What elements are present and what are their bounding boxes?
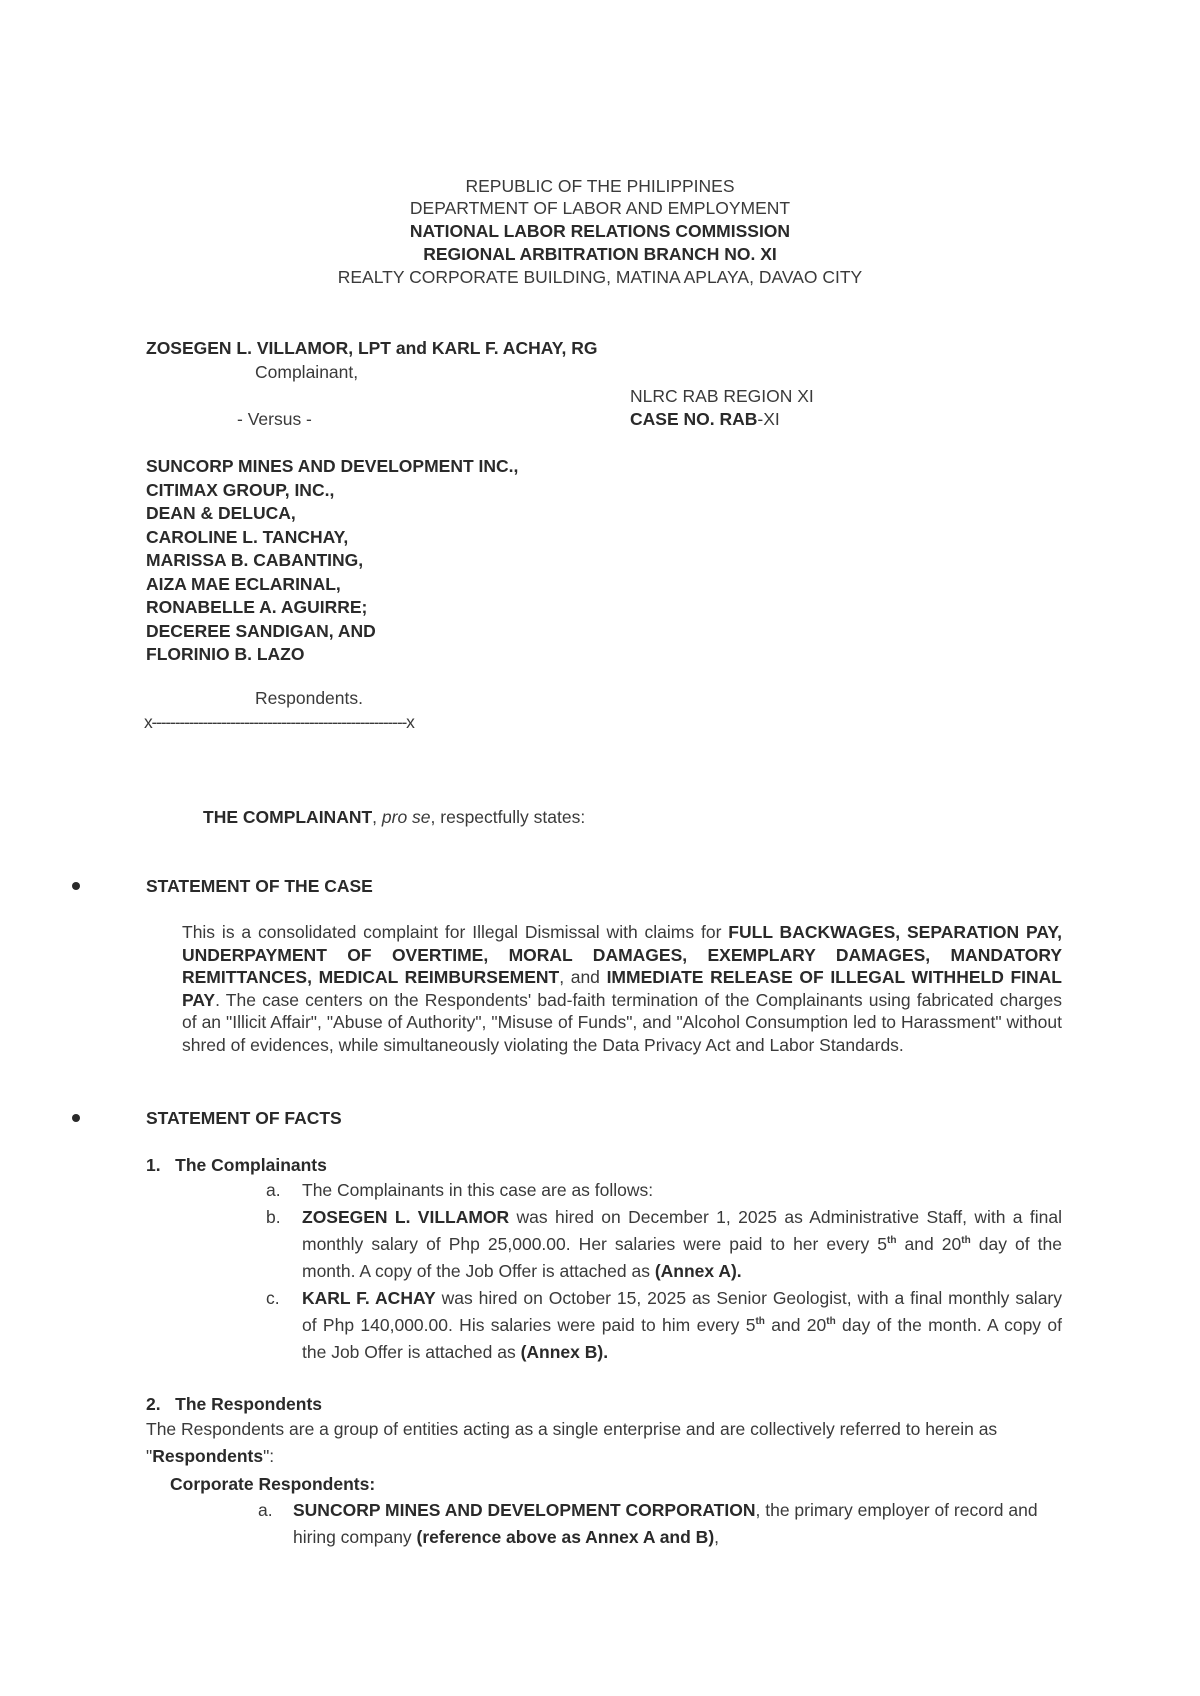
case-text-3: . The case centers on the Respondents' b… [182, 990, 1062, 1055]
respondent-name: CITIMAX GROUP, INC., [146, 479, 334, 501]
respondents-paragraph: The Respondents are a group of entities … [146, 1416, 1062, 1470]
annex-reference: (Annex A). [655, 1261, 742, 1281]
corporate-heading: Corporate Respondents: [170, 1473, 375, 1495]
respondent-name: MARISSA B. CABANTING, [146, 549, 363, 571]
item-label: a. [258, 1497, 273, 1524]
respondent-name: SUNCORP MINES AND DEVELOPMENT INC., [146, 455, 518, 477]
superscript: th [961, 1235, 970, 1246]
respondent-name: RONABELLE A. AGUIRRE; [146, 596, 367, 618]
header-address: REALTY CORPORATE BUILDING, MATINA APLAYA… [0, 266, 1200, 288]
intro-rest: , respectfully states: [431, 807, 586, 827]
respondent-name: DEAN & DELUCA, [146, 502, 296, 524]
region-label: NLRC RAB REGION XI [630, 385, 814, 407]
case-text-1: This is a consolidated complaint for Ill… [182, 922, 728, 942]
facts-heading: STATEMENT OF FACTS [146, 1107, 342, 1129]
header-department: DEPARTMENT OF LABOR AND EMPLOYMENT [0, 197, 1200, 219]
annex-reference: (Annex B). [521, 1342, 609, 1362]
respondent-name: FLORINIO B. LAZO [146, 643, 304, 665]
case-number-suffix: -XI [757, 409, 779, 429]
case-number: CASE NO. RAB-XI [630, 408, 780, 430]
respondents-heading: 2. The Respondents [146, 1393, 322, 1415]
item-text: , [714, 1527, 719, 1547]
intro-line: THE COMPLAINANT, pro se, respectfully st… [203, 806, 585, 828]
case-heading: STATEMENT OF THE CASE [146, 875, 373, 897]
caption-divider: x---------------------------------------… [144, 711, 414, 733]
versus-label: - Versus - [237, 408, 312, 430]
header-branch: REGIONAL ARBITRATION BRANCH NO. XI [0, 243, 1200, 265]
annex-reference: (reference above as Annex A and B) [417, 1527, 715, 1547]
intro-sep: , [372, 807, 382, 827]
superscript: th [755, 1316, 764, 1327]
intro-bold: THE COMPLAINANT [203, 807, 372, 827]
respondents-text-end: ": [263, 1446, 274, 1466]
corporate-item-a: SUNCORP MINES AND DEVELOPMENT CORPORATIO… [293, 1497, 1063, 1551]
superscript: th [826, 1316, 835, 1327]
intro-italic: pro se [382, 807, 431, 827]
complainant-item-a: The Complainants in this case are as fol… [302, 1177, 1062, 1204]
complainant-label: Complainant, [255, 361, 358, 383]
header-commission: NATIONAL LABOR RELATIONS COMMISSION [0, 220, 1200, 242]
item-label: a. [266, 1177, 281, 1204]
item-text: and 20 [765, 1315, 826, 1335]
complainant-item-b: ZOSEGEN L. VILLAMOR was hired on Decembe… [302, 1204, 1062, 1285]
respondent-name: CAROLINE L. TANCHAY, [146, 526, 348, 548]
document-page: REPUBLIC OF THE PHILIPPINES DEPARTMENT O… [0, 0, 1200, 1696]
respondent-name: DECEREE SANDIGAN, AND [146, 620, 376, 642]
case-paragraph: This is a consolidated complaint for Ill… [182, 921, 1062, 1056]
item-label: b. [266, 1204, 281, 1231]
complainant-item-c: KARL F. ACHAY was hired on October 15, 2… [302, 1285, 1062, 1366]
complainants-names: ZOSEGEN L. VILLAMOR, LPT and KARL F. ACH… [146, 337, 597, 359]
corporate-name: SUNCORP MINES AND DEVELOPMENT CORPORATIO… [293, 1500, 756, 1520]
case-text-2: , and [559, 967, 606, 987]
case-number-bold: CASE NO. RAB [630, 409, 757, 429]
bullet-icon [72, 1114, 80, 1122]
complainant-name: ZOSEGEN L. VILLAMOR [302, 1207, 509, 1227]
respondents-label: Respondents. [255, 687, 363, 709]
respondents-term: Respondents [152, 1446, 263, 1466]
bullet-icon [72, 882, 80, 890]
item-text: and 20 [896, 1234, 961, 1254]
header-republic: REPUBLIC OF THE PHILIPPINES [0, 175, 1200, 197]
complainants-heading: 1. The Complainants [146, 1154, 327, 1176]
complainant-name: KARL F. ACHAY [302, 1288, 436, 1308]
item-label: c. [266, 1285, 280, 1312]
respondent-name: AIZA MAE ECLARINAL, [146, 573, 341, 595]
